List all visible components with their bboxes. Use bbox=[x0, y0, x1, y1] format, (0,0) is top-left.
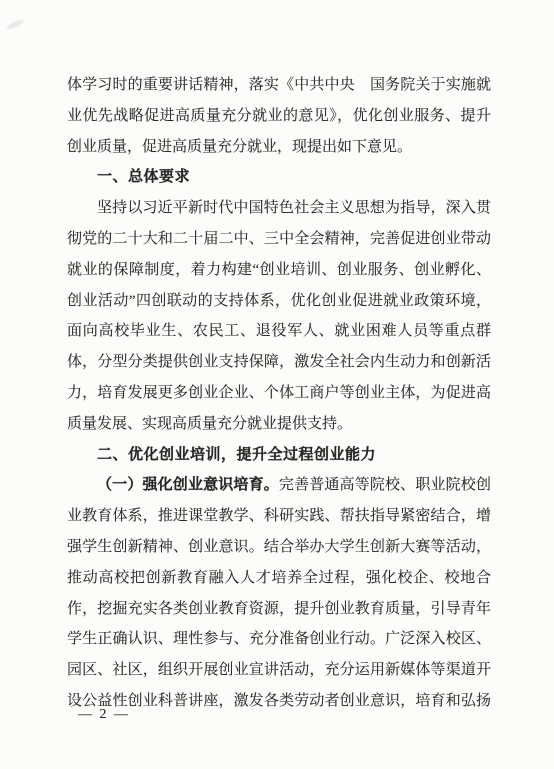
doc-line: 学生正确认识、理性参与、充分准备创业行动。广泛深入校区、 bbox=[67, 624, 491, 655]
doc-line: 设公益性创业科普讲座，激发各类劳动者创业意识，培育和弘扬 bbox=[67, 686, 491, 717]
doc-line: 彻党的二十大和二十届二中、三中全会精神，完善促进创业带动 bbox=[67, 224, 491, 255]
doc-line: 推动高校把创新教育融入人才培养全过程，强化校企、校地合 bbox=[67, 563, 491, 594]
doc-line: 作，挖掘充实各类创业教育资源，提升创业教育质量，引导青年 bbox=[67, 594, 491, 625]
doc-line: 强学生创新精神、创业意识。结合举办大学生创新大赛等活动， bbox=[67, 532, 491, 563]
doc-line: 体学习时的重要讲话精神，落实《中共中央 国务院关于实施就 bbox=[67, 70, 491, 101]
doc-line: 面向高校毕业生、农民工、退役军人、就业困难人员等重点群 bbox=[67, 316, 491, 347]
doc-line: 业优先战略促进高质量充分就业的意见》，优化创业服务、提升 bbox=[67, 101, 491, 132]
doc-line: 业教育体系，推进课堂教学、科研实践、帮扶指导紧密结合，增 bbox=[67, 501, 491, 532]
doc-line: 创业活动”四创联动的支持体系，优化创业促进就业政策环境， bbox=[67, 286, 491, 317]
doc-line: 创业质量，促进高质量充分就业，现提出如下意见。 bbox=[67, 132, 491, 163]
doc-line: （一）强化创业意识培育。完善普通高等院校、职业院校创 bbox=[67, 470, 491, 501]
subsection-title: （一）强化创业意识培育。 bbox=[97, 477, 279, 493]
scan-smudge-artifact bbox=[6, 18, 24, 30]
doc-line: 园区、社区，组织开展创业宣讲活动，充分运用新媒体等渠道开 bbox=[67, 655, 491, 686]
section-heading-1: 一、总体要求 bbox=[67, 162, 491, 193]
doc-line: 体，分型分类提供创业支持保障，激发全社会内生动力和创新活 bbox=[67, 347, 491, 378]
page-number: — 2 — bbox=[78, 705, 130, 725]
doc-line: 质量发展、实现高质量充分就业提供支持。 bbox=[67, 409, 491, 440]
doc-line: 坚持以习近平新时代中国特色社会主义思想为指导，深入贯 bbox=[67, 193, 491, 224]
document-page: 体学习时的重要讲话精神，落实《中共中央 国务院关于实施就 业优先战略促进高质量充… bbox=[0, 0, 554, 769]
doc-line-text: 完善普通高等院校、职业院校创 bbox=[279, 477, 491, 493]
doc-line: 就业的保障制度，着力构建“创业培训、创业服务、创业孵化、 bbox=[67, 255, 491, 286]
doc-line: 力，培育发展更多创业企业、个体工商户等创业主体，为促进高 bbox=[67, 378, 491, 409]
document-body: 体学习时的重要讲话精神，落实《中共中央 国务院关于实施就 业优先战略促进高质量充… bbox=[67, 70, 491, 717]
section-heading-2: 二、优化创业培训，提升全过程创业能力 bbox=[67, 440, 491, 471]
